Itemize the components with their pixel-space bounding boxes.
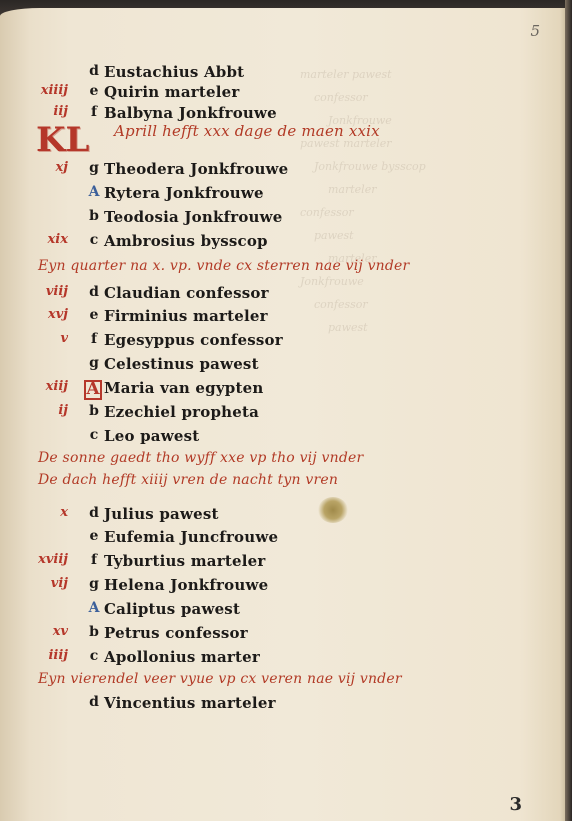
dominical-letter: d <box>88 284 100 300</box>
dominical-letter: e <box>88 83 100 99</box>
dominical-letter: d <box>88 63 100 79</box>
saint-name: Caliptus pawest <box>104 600 240 618</box>
golden-number: xv <box>22 624 68 639</box>
dominical-letter: b <box>88 208 100 224</box>
saint-name: Apollonius marter <box>104 648 260 666</box>
bleed-line: confessor <box>300 86 520 109</box>
manuscript-page: marteler pawestconfessorJonkfrouwepawest… <box>0 8 566 821</box>
dominical-letter: e <box>88 307 100 323</box>
golden-number: v <box>22 331 68 346</box>
saint-name: Petrus confessor <box>104 624 248 642</box>
saint-name: Leo pawest <box>104 427 199 445</box>
golden-number: iiij <box>22 648 68 663</box>
quire-mark: 3 <box>509 794 522 815</box>
parchment-stain <box>318 497 348 523</box>
bleed-line: Jonkfrouwe bysscop <box>300 155 520 178</box>
saint-name: Rytera Jonkfrouwe <box>104 184 264 202</box>
bleed-line: confessor <box>300 201 520 224</box>
dominical-letter: g <box>88 576 100 592</box>
saint-name: Vincentius marteler <box>104 694 276 712</box>
dominical-letter: d <box>88 505 100 521</box>
saint-name: Egesyppus confessor <box>104 331 283 349</box>
bleed-line: pawest <box>300 224 520 247</box>
dominical-letter: b <box>88 624 100 640</box>
dominical-letter: f <box>88 331 100 347</box>
saint-name: Firminius marteler <box>104 307 268 325</box>
golden-number: xj <box>22 160 68 175</box>
rubric-line: De dach hefft xiiij vren de nacht tyn vr… <box>38 472 338 488</box>
saint-name: Eustachius Abbt <box>104 63 244 81</box>
saint-name: Celestinus pawest <box>104 355 259 373</box>
golden-number: xvj <box>22 307 68 322</box>
bleed-line: marteler pawest <box>300 63 520 86</box>
dominical-letter: A <box>84 380 102 400</box>
dominical-letter: A <box>88 184 100 200</box>
golden-number: xiij <box>22 379 68 394</box>
golden-number: xviij <box>22 552 68 567</box>
golden-number: ij <box>22 403 68 418</box>
dominical-letter: g <box>88 355 100 371</box>
saint-name: Ezechiel propheta <box>104 403 259 421</box>
golden-number: iij <box>22 104 68 119</box>
dominical-letter: d <box>88 694 100 710</box>
month-heading: Aprill hefft xxx dage de maen xxix <box>114 122 380 140</box>
saint-name: Helena Jonkfrouwe <box>104 576 268 594</box>
dominical-letter: c <box>88 648 100 664</box>
bleed-line: confessor <box>300 293 520 316</box>
saint-name: Maria van egypten <box>104 379 263 397</box>
dominical-letter: e <box>88 528 100 544</box>
saint-name: Tyburtius marteler <box>104 552 265 570</box>
bleed-line: pawest <box>300 316 520 339</box>
golden-number: xix <box>22 232 68 247</box>
bleed-through-text: marteler pawestconfessorJonkfrouwepawest… <box>300 63 520 339</box>
folio-number: 5 <box>530 22 540 40</box>
saint-name: Eufemia Juncfrouwe <box>104 528 278 546</box>
rubric-line: De sonne gaedt tho wyff xxe vp tho vij v… <box>38 450 363 466</box>
golden-number: viij <box>22 284 68 299</box>
rubric-line: Eyn vierendel veer vyue vp cx veren nae … <box>38 671 402 687</box>
kl-initial: KL <box>36 121 89 159</box>
saint-name: Quirin marteler <box>104 83 240 101</box>
saint-name: Teodosia Jonkfrouwe <box>104 208 283 226</box>
dominical-letter: b <box>88 403 100 419</box>
dominical-letter: f <box>88 104 100 120</box>
dominical-letter: c <box>88 232 100 248</box>
page-right-edge <box>565 0 572 821</box>
saint-name: Ambrosius bysscop <box>104 232 268 250</box>
saint-name: Claudian confessor <box>104 284 269 302</box>
dominical-letter: c <box>88 427 100 443</box>
saint-name: Theodera Jonkfrouwe <box>104 160 288 178</box>
golden-number: xiiij <box>22 83 68 98</box>
dominical-letter: g <box>88 160 100 176</box>
golden-number: x <box>22 505 68 520</box>
dominical-letter: A <box>88 600 100 616</box>
golden-number: vij <box>22 576 68 591</box>
saint-name: Balbyna Jonkfrouwe <box>104 104 277 122</box>
bleed-line: marteler <box>300 178 520 201</box>
dominical-letter: f <box>88 552 100 568</box>
rubric-line: Eyn quarter na x. vp. vnde cx sterren na… <box>38 258 409 274</box>
saint-name: Julius pawest <box>104 505 219 523</box>
